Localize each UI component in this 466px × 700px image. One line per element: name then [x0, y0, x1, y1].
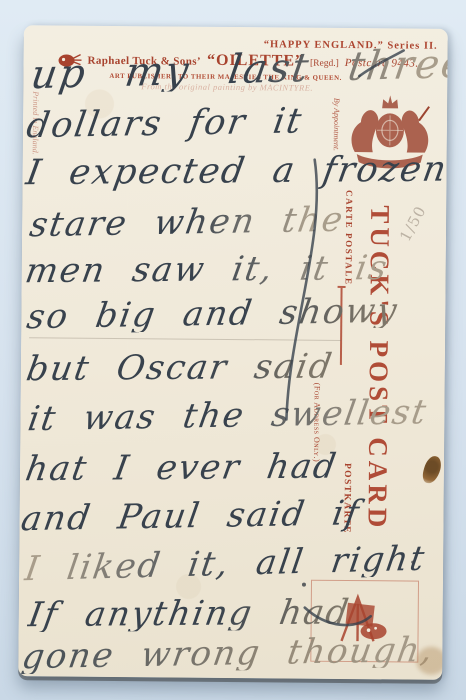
- handwriting-line: and Paul said if: [19, 496, 363, 536]
- stain-spot: [421, 454, 444, 485]
- handwriting-line: I liked it, all right: [23, 542, 429, 587]
- stain-smudge: [416, 647, 446, 675]
- handwriting-line: it was the swellest: [26, 395, 430, 436]
- postcard: “HAPPY ENGLAND.” Series II. Raphael Tuck…: [18, 25, 448, 680]
- ink-speck: [302, 583, 306, 587]
- handwriting-line: men saw it, it is: [23, 251, 391, 288]
- handwriting-line: If anything had: [26, 595, 353, 632]
- handwriting-line: so big and showy: [25, 294, 401, 335]
- handwriting-line: I expected a frozen: [24, 152, 448, 191]
- crease-line: [29, 337, 341, 341]
- handwriting-line: hat I ever had: [23, 449, 340, 486]
- handwriting-line: but Oscar said: [24, 350, 336, 387]
- ink-speck: [411, 561, 414, 564]
- photo-background: “HAPPY ENGLAND.” Series II. Raphael Tuck…: [0, 0, 466, 700]
- handwriting-line: dollars for it: [24, 104, 305, 144]
- handwriting-line: up my last three: [28, 44, 447, 96]
- handwriting-line: stare when the: [27, 203, 346, 243]
- pencil-price-note: 1/50: [396, 203, 430, 245]
- handwriting-line: gone wrong though,: [20, 633, 437, 674]
